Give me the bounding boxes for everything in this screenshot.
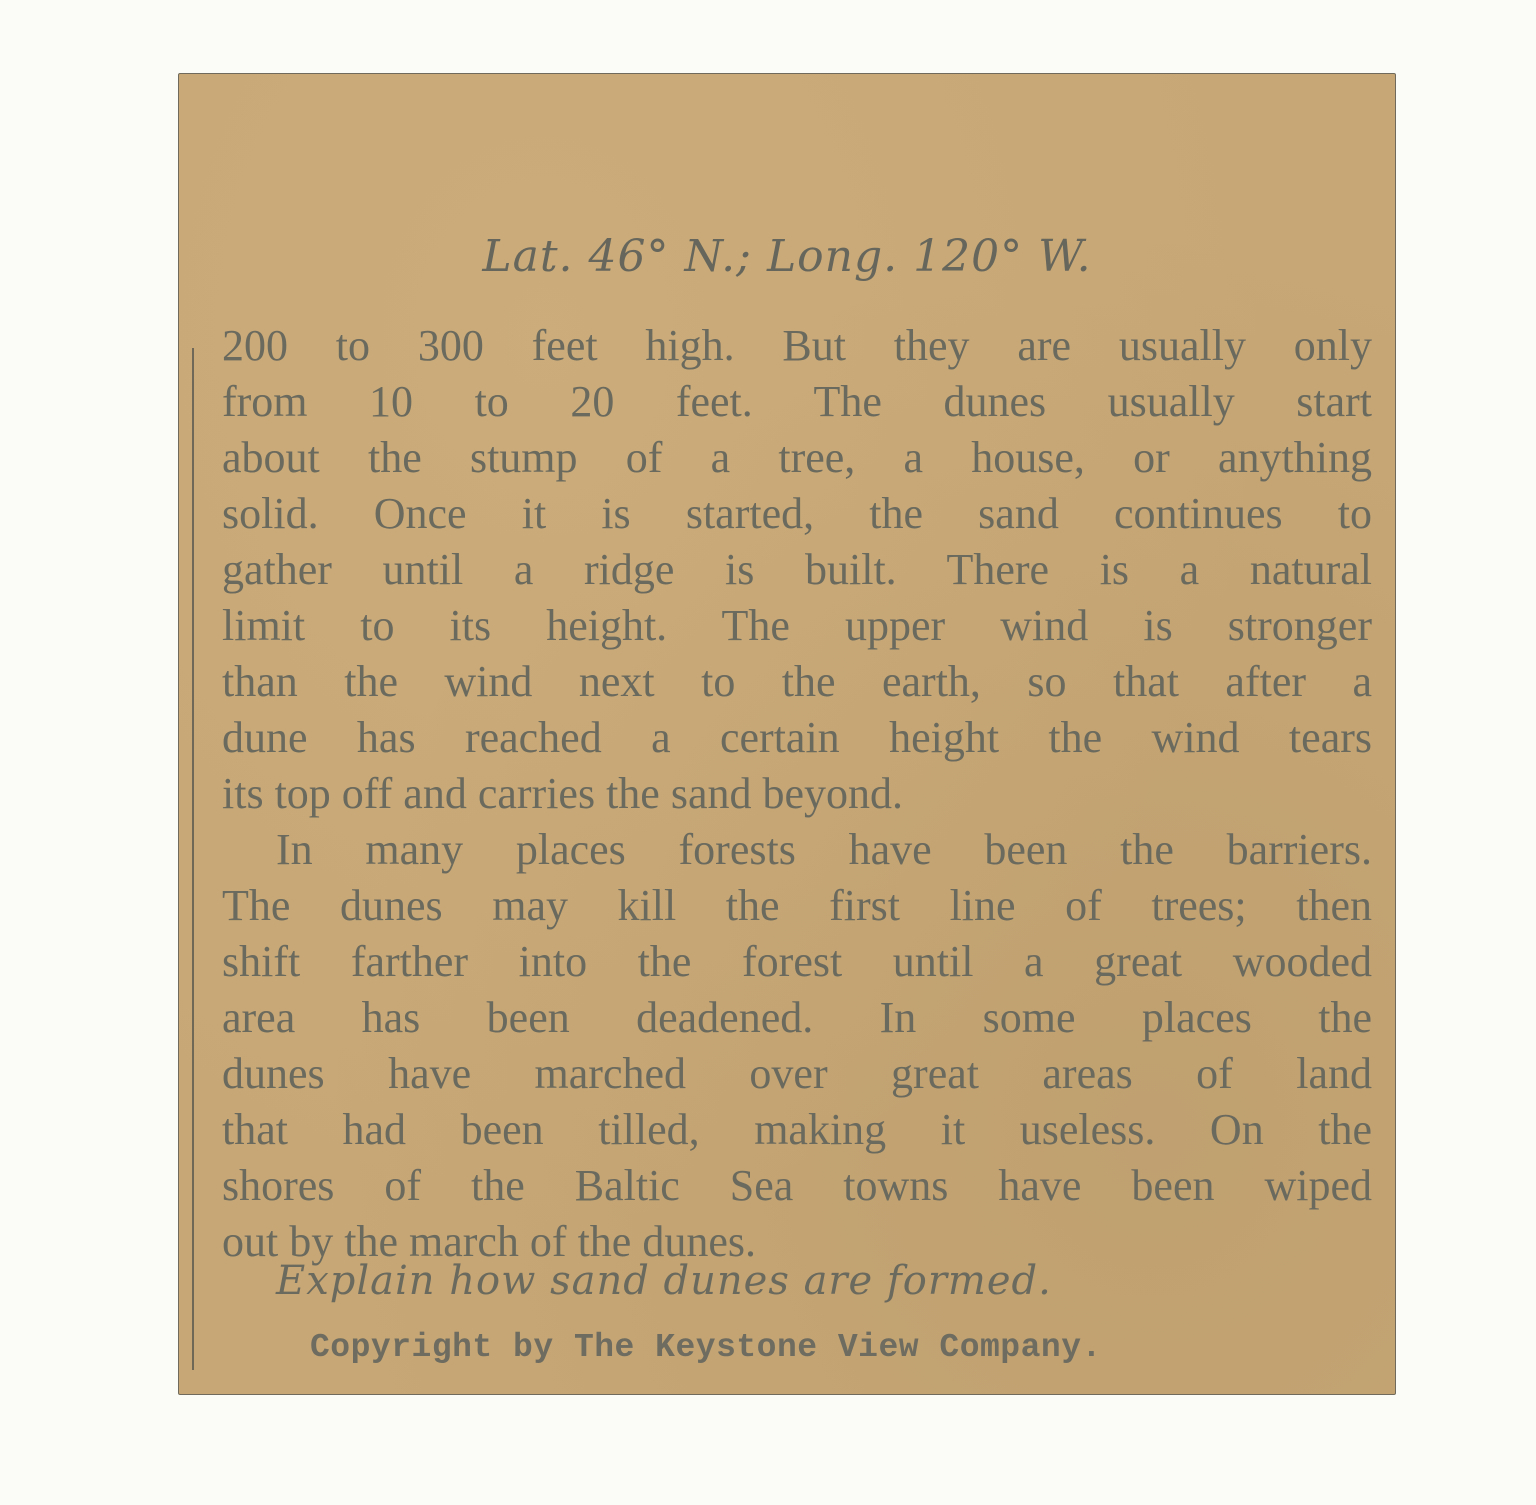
- text-line: solid. Once it is started, the sand cont…: [222, 486, 1372, 542]
- text-line: area has been deadened. In some places t…: [222, 990, 1372, 1046]
- text-line: dunes have marched over great areas of l…: [222, 1046, 1372, 1102]
- text-line: that had been tilled, making it useless.…: [222, 1102, 1372, 1158]
- text-line: about the stump of a tree, a house, or a…: [222, 430, 1372, 486]
- text-line: its top off and carries the sand beyond.: [222, 766, 1372, 822]
- text-line: In many places forests have been the bar…: [222, 822, 1372, 878]
- text-line: from 10 to 20 feet. The dunes usually st…: [222, 374, 1372, 430]
- body-text: 200 to 300 feet high. But they are usual…: [222, 318, 1372, 1270]
- stereoview-card-back: Lat. 46° N.; Long. 120° W. 200 to 300 fe…: [178, 73, 1396, 1395]
- vertical-margin-rule: [192, 348, 194, 1370]
- study-question: Explain how sand dunes are formed.: [276, 1258, 1052, 1304]
- copyright-notice: Copyright by The Keystone View Company.: [310, 1329, 1102, 1366]
- coordinates-heading: Lat. 46° N.; Long. 120° W.: [178, 231, 1396, 282]
- text-line: dune has reached a certain height the wi…: [222, 710, 1372, 766]
- text-line: The dunes may kill the first line of tre…: [222, 878, 1372, 934]
- text-line: shores of the Baltic Sea towns have been…: [222, 1158, 1372, 1214]
- text-line: shift farther into the forest until a gr…: [222, 934, 1372, 990]
- text-line: 200 to 300 feet high. But they are usual…: [222, 318, 1372, 374]
- text-line: gather until a ridge is built. There is …: [222, 542, 1372, 598]
- text-line: than the wind next to the earth, so that…: [222, 654, 1372, 710]
- text-line: limit to its height. The upper wind is s…: [222, 598, 1372, 654]
